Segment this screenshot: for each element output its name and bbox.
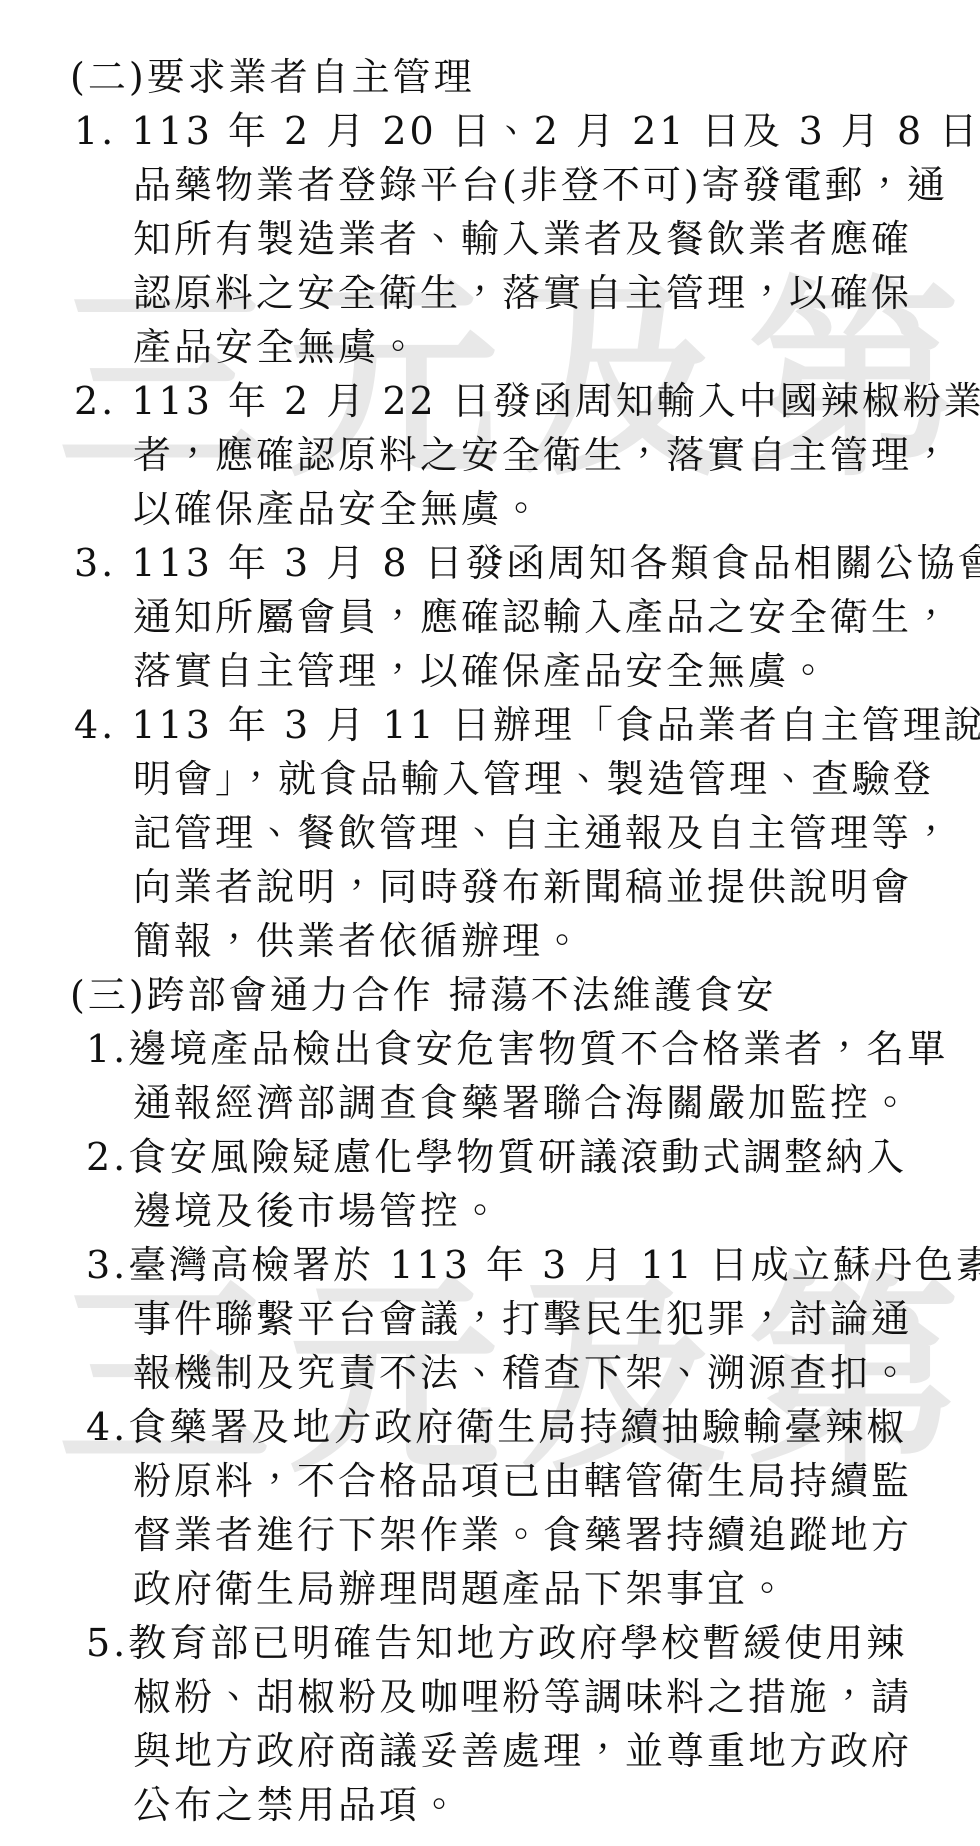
section-heading: (三)跨部會通力合作 掃蕩不法維護食安: [0, 968, 980, 1022]
document-line: 報機制及究責不法、稽查下架、溯源查扣。: [0, 1346, 980, 1400]
document-line: 5.教育部已明確告知地方政府學校暫緩使用辣: [0, 1616, 980, 1670]
document-page: 三元及第 三元及第 (二)要求業者自主管理 1. 113 年 2 月 20 日、…: [0, 0, 980, 1846]
document-line: 明會」，就食品輸入管理、製造管理、查驗登: [0, 752, 980, 806]
document-line: 3. 113 年 3 月 8 日發函周知各類食品相關公協會: [0, 536, 980, 590]
document-line: 椒粉、胡椒粉及咖哩粉等調味料之措施，請: [0, 1670, 980, 1724]
document-line: 以確保產品安全無虞。: [0, 482, 980, 536]
document-line: 與地方政府商議妥善處理，並尊重地方政府: [0, 1724, 980, 1778]
document-body: (二)要求業者自主管理 1. 113 年 2 月 20 日、2 月 21 日及 …: [0, 50, 980, 1832]
document-line: 政府衛生局辦理問題產品下架事宜。: [0, 1562, 980, 1616]
section-heading: (二)要求業者自主管理: [0, 50, 980, 104]
document-line: 督業者進行下架作業。食藥署持續追蹤地方: [0, 1508, 980, 1562]
document-line: 品藥物業者登錄平台(非登不可)寄發電郵，通: [0, 158, 980, 212]
document-line: 3.臺灣高檢署於 113 年 3 月 11 日成立蘇丹色素: [0, 1238, 980, 1292]
document-line: 邊境及後市場管控。: [0, 1184, 980, 1238]
document-line: 2. 113 年 2 月 22 日發函周知輸入中國辣椒粉業: [0, 374, 980, 428]
document-line: 事件聯繫平台會議，打擊民生犯罪，討論通: [0, 1292, 980, 1346]
document-line: 知所有製造業者、輸入業者及餐飲業者應確: [0, 212, 980, 266]
document-line: 4. 113 年 3 月 11 日辦理「食品業者自主管理說: [0, 698, 980, 752]
document-line: 簡報，供業者依循辦理。: [0, 914, 980, 968]
document-line: 認原料之安全衛生，落實自主管理，以確保: [0, 266, 980, 320]
document-line: 者，應確認原料之安全衛生，落實自主管理，: [0, 428, 980, 482]
document-line: 1. 113 年 2 月 20 日、2 月 21 日及 3 月 8 日以食: [0, 104, 980, 158]
document-line: 產品安全無虞。: [0, 320, 980, 374]
document-line: 2.食安風險疑慮化學物質研議滾動式調整納入: [0, 1130, 980, 1184]
document-line: 公布之禁用品項。: [0, 1778, 980, 1832]
document-line: 記管理、餐飲管理、自主通報及自主管理等，: [0, 806, 980, 860]
document-line: 粉原料，不合格品項已由轄管衛生局持續監: [0, 1454, 980, 1508]
document-line: 向業者說明，同時發布新聞稿並提供說明會: [0, 860, 980, 914]
document-line: 4.食藥署及地方政府衛生局持續抽驗輸臺辣椒: [0, 1400, 980, 1454]
document-line: 1.邊境產品檢出食安危害物質不合格業者，名單: [0, 1022, 980, 1076]
document-line: 通知所屬會員，應確認輸入產品之安全衛生，: [0, 590, 980, 644]
document-line: 通報經濟部調查食藥署聯合海關嚴加監控。: [0, 1076, 980, 1130]
document-line: 落實自主管理，以確保產品安全無虞。: [0, 644, 980, 698]
